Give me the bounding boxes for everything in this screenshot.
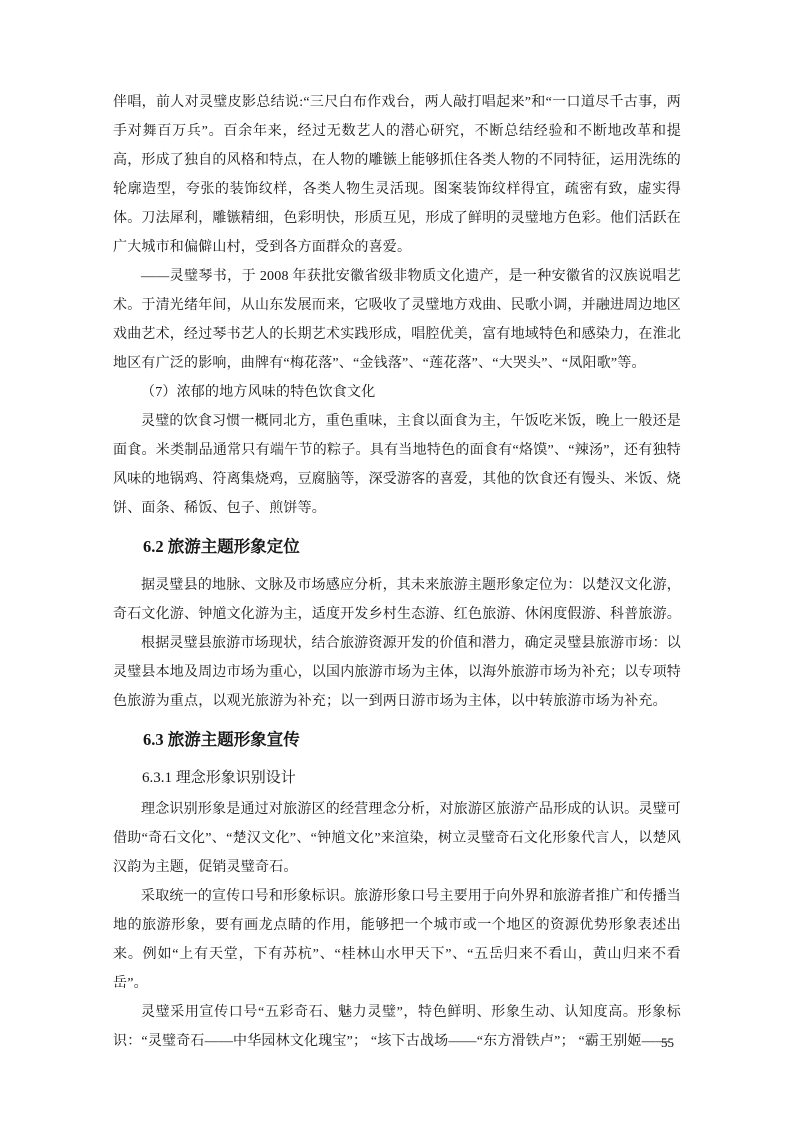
paragraph-theme-positioning: 据灵璧县的地脉、文脉及市场感应分析，其未来旅游主题形象定位为：以楚汉文化游，奇石… (113, 571, 681, 629)
paragraph-slogan-and-logo: 采取统一的宣传口号和形象标识。旅游形象口号主要用于向外界和旅游者推广和传播当地的… (113, 882, 681, 998)
paragraph-tourism-market: 根据灵璧县旅游市场现状，结合旅游资源开发的价值和潜力，确定灵璧县旅游市场：以灵璧… (113, 629, 681, 716)
document-page: 伴唱，前人对灵璧皮影总结说:“三尺白布作戏台，两人敲打唱起来”和“一口道尽千古事… (0, 0, 793, 1122)
paragraph-piying-continuation: 伴唱，前人对灵璧皮影总结说:“三尺白布作戏台，两人敲打唱起来”和“一口道尽千古事… (113, 88, 681, 262)
list-item-7-food-culture-title: （7）浓郁的地方风味的特色饮食文化 (113, 378, 681, 407)
paragraph-food-culture: 灵璧的饮食习惯一概同北方，重色重味，主食以面食为主，午饭吃米饭，晚上一般还是面食… (113, 407, 681, 523)
section-heading-6-3: 6.3 旅游主题形象宣传 (113, 725, 681, 755)
subsection-heading-6-3-1: 6.3.1 理念形象识别设计 (113, 764, 681, 793)
paragraph-qinshu: ——灵璧琴书，于 2008 年获批安徽省级非物质文化遗产，是一种安徽省的汉族说唱… (113, 262, 681, 378)
paragraph-concept-identity: 理念识别形象是通过对旅游区的经营理念分析，对旅游区旅游产品形成的认识。灵璧可借助… (113, 795, 681, 882)
page-content: 伴唱，前人对灵璧皮影总结说:“三尺白布作戏台，两人敲打唱起来”和“一口道尽千古事… (113, 88, 681, 1056)
section-heading-6-2: 6.2 旅游主题形象定位 (113, 532, 681, 562)
page-number: 55 (113, 1034, 674, 1052)
